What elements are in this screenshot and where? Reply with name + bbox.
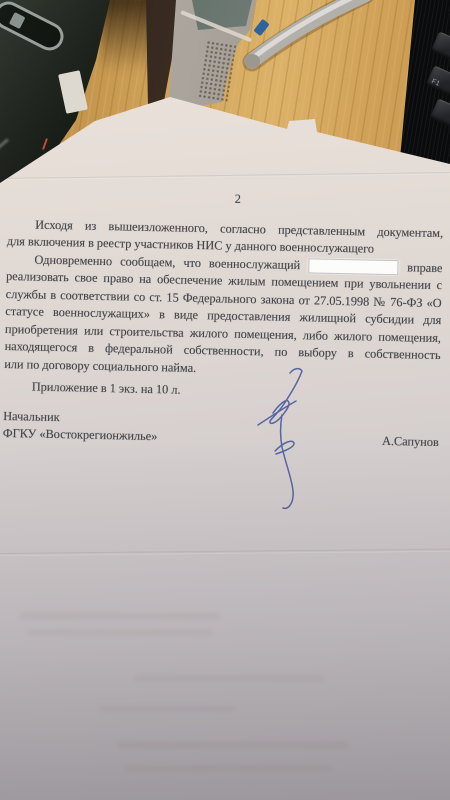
second-sheet-edge	[0, 172, 450, 180]
document-text-block: 2 Исходя из вышеизложенного, согласно пр…	[3, 186, 444, 452]
tower-handle	[0, 0, 68, 55]
keyboard-key	[431, 31, 450, 61]
page-number: 2	[8, 186, 444, 213]
ghost-text	[100, 706, 235, 711]
photo-scene: F1 2 Исходя из вышеизложенного, согласно…	[0, 0, 450, 800]
keyboard-key-f1: F1	[426, 65, 450, 95]
ghost-text	[20, 613, 220, 619]
signature-ink	[240, 360, 360, 520]
ghost-text	[126, 766, 331, 771]
signer-name: А.Сапунов	[382, 433, 439, 452]
attachment-line: Приложение в 1 экз. на 10 л.	[4, 378, 440, 405]
fold-crease	[0, 549, 450, 556]
signer-org: ФГКУ «Востокрегионжилье»	[3, 425, 158, 446]
keyboard-key	[430, 98, 450, 128]
keyboard-key-label: F1	[430, 78, 440, 88]
body-text: вправе	[407, 259, 443, 277]
ghost-text	[28, 630, 213, 635]
redaction-box	[309, 258, 399, 275]
tower-handle-latch	[9, 12, 26, 29]
ghost-text	[135, 676, 325, 681]
ghost-text	[118, 742, 348, 748]
